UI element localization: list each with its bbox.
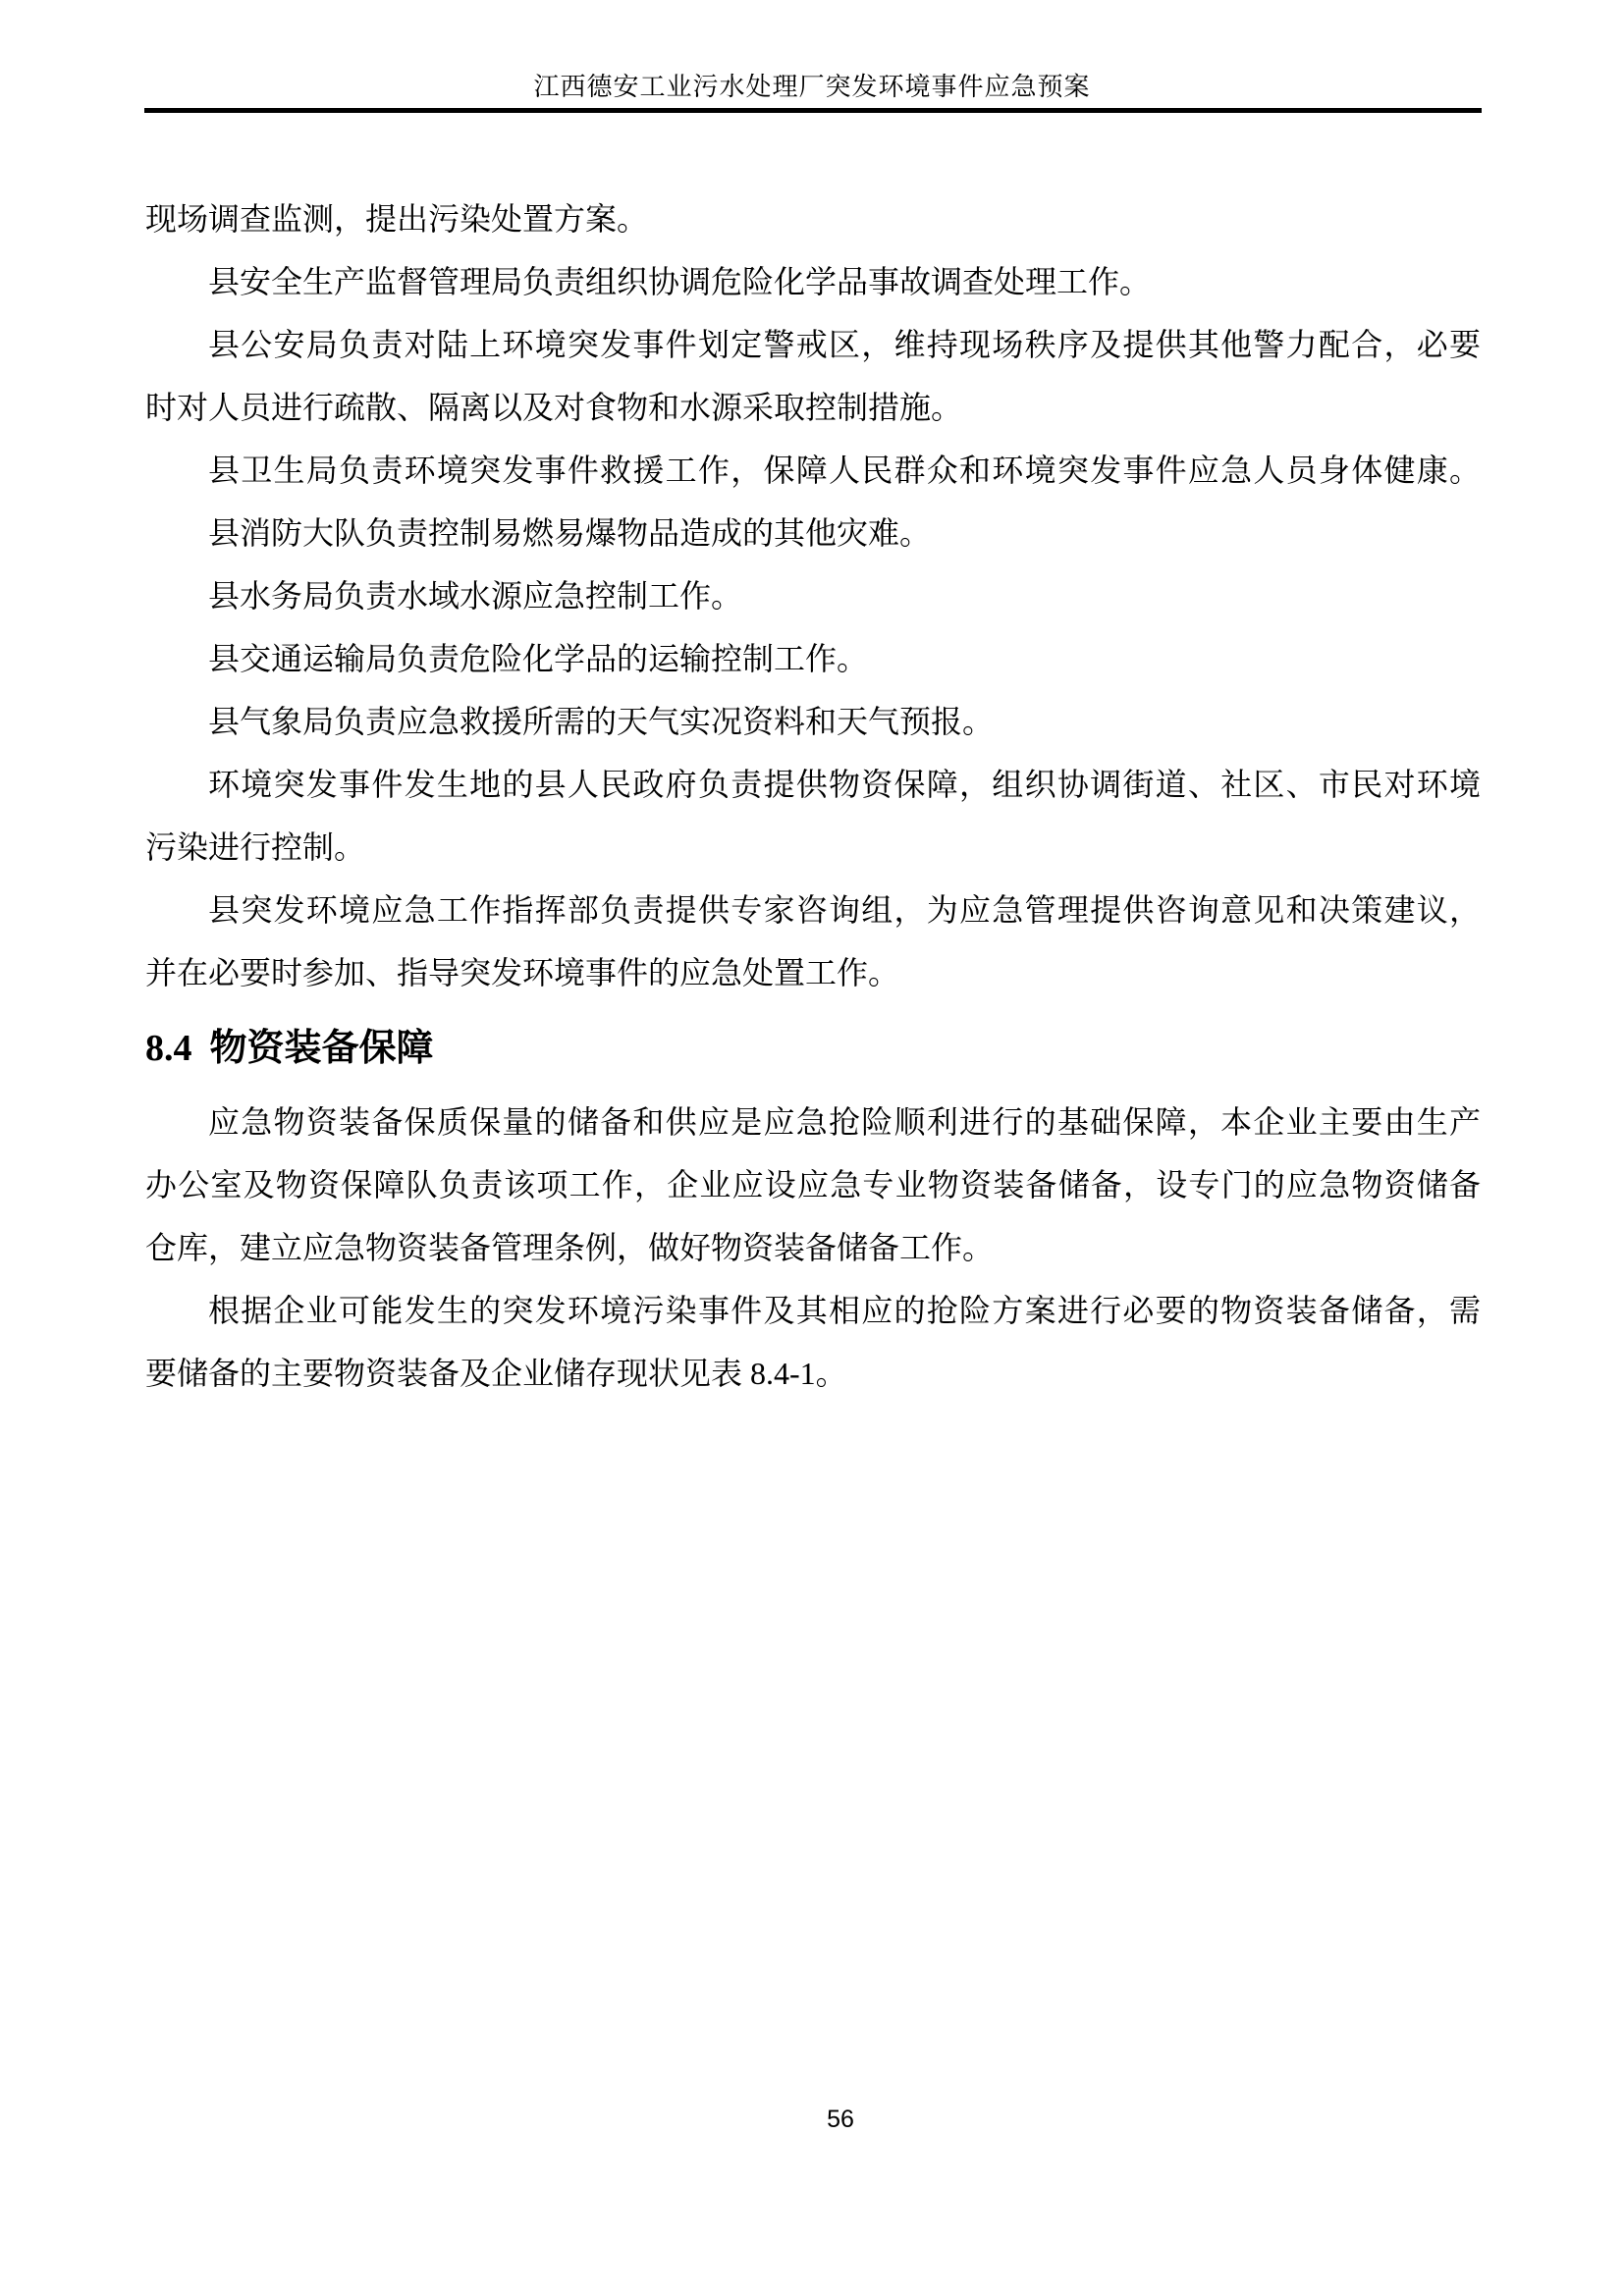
- page-number: 56: [28, 2105, 1624, 2134]
- paragraph-line: 环境突发事件发生地的县人民政府负责提供物资保障，组织协调街道、社区、市民对环境: [145, 753, 1481, 816]
- paragraph-line: 并在必要时参加、指导突发环境事件的应急处置工作。: [145, 941, 1481, 1004]
- paragraph-line: 办公室及物资保障队负责该项工作，企业应设应急专业物资装备储备，设专门的应急物资储…: [145, 1153, 1481, 1216]
- document-page: 江西德安工业污水处理厂突发环境事件应急预案 现场调查监测，提出污染处置方案。 县…: [0, 0, 1624, 2296]
- paragraph-line: 县交通运输局负责危险化学品的运输控制工作。: [145, 627, 1481, 690]
- paragraph-line: 县消防大队负责控制易燃易爆物品造成的其他灾难。: [145, 502, 1481, 564]
- paragraph-line: 根据企业可能发生的突发环境污染事件及其相应的抢险方案进行必要的物资装备储备，需: [145, 1279, 1481, 1342]
- paragraph-line: 应急物资装备保质保量的储备和供应是应急抢险顺利进行的基础保障，本企业主要由生产: [145, 1091, 1481, 1153]
- paragraph-line: 县水务局负责水域水源应急控制工作。: [145, 564, 1481, 627]
- paragraph-line: 县卫生局负责环境突发事件救援工作，保障人民群众和环境突发事件应急人员身体健康。: [145, 439, 1481, 502]
- paragraph-line: 要储备的主要物资装备及企业储存现状见表 8.4-1。: [145, 1342, 1481, 1405]
- paragraph-line: 县安全生产监督管理局负责组织协调危险化学品事故调查处理工作。: [145, 250, 1481, 313]
- header-title: 江西德安工业污水处理厂突发环境事件应急预案: [0, 0, 1624, 100]
- paragraph-line: 县突发环境应急工作指挥部负责提供专家咨询组，为应急管理提供咨询意见和决策建议，: [145, 879, 1481, 941]
- section-title: 物资装备保障: [210, 1028, 434, 1069]
- section-number: 8.4: [145, 1028, 192, 1069]
- paragraph-line: 仓库，建立应急物资装备管理条例，做好物资装备储备工作。: [145, 1216, 1481, 1279]
- header-rule: [144, 108, 1482, 113]
- document-body: 现场调查监测，提出污染处置方案。 县安全生产监督管理局负责组织协调危险化学品事故…: [145, 187, 1481, 1405]
- paragraph-line: 时对人员进行疏散、隔离以及对食物和水源采取控制措施。: [145, 376, 1481, 439]
- page-header: 江西德安工业污水处理厂突发环境事件应急预案: [0, 0, 1624, 113]
- paragraph-line: 县公安局负责对陆上环境突发事件划定警戒区，维持现场秩序及提供其他警力配合，必要: [145, 313, 1481, 376]
- section-heading: 8.4物资装备保障: [145, 1017, 1481, 1080]
- paragraph-line: 现场调查监测，提出污染处置方案。: [145, 187, 1481, 250]
- paragraph-line: 污染进行控制。: [145, 816, 1481, 879]
- paragraph-line: 县气象局负责应急救援所需的天气实况资料和天气预报。: [145, 690, 1481, 753]
